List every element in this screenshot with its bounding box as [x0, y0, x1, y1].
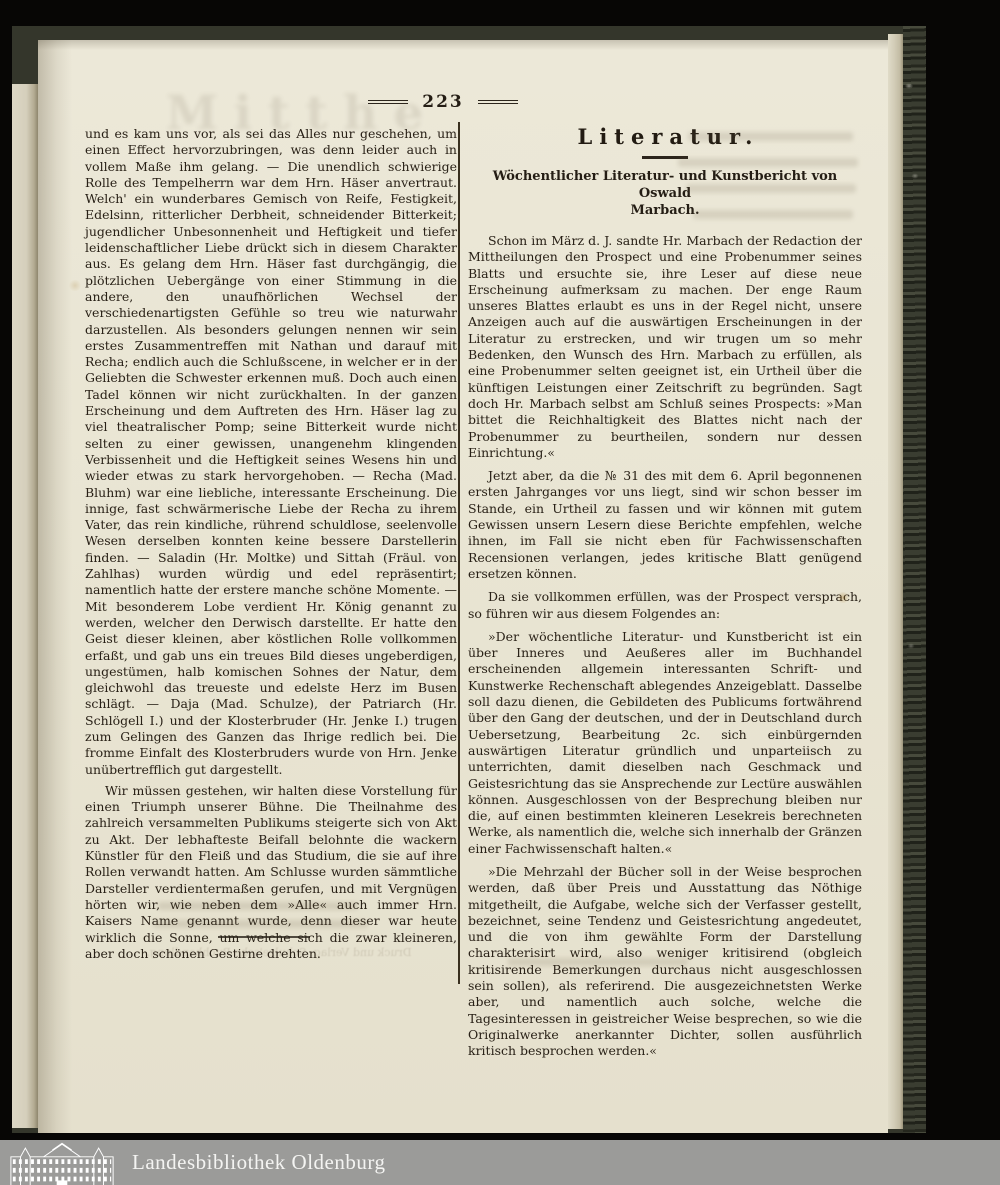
- foxing-stain: [68, 280, 82, 291]
- show-through-imprint: Druck und Verlag: Schulze'sche Buchhandl…: [134, 946, 424, 959]
- page: Mitthe 223 und es kam uns vor, als sei d…: [38, 40, 888, 1133]
- book-scan: Mitthe 223 und es kam uns vor, als sei d…: [12, 26, 926, 1133]
- show-through-smudge: [153, 920, 368, 928]
- folio-rule-left: [368, 100, 408, 104]
- right-column: Literatur. Wöchentlicher Literatur- und …: [468, 124, 862, 1067]
- show-through-smudge: [686, 184, 856, 193]
- show-through-smudge: [678, 158, 858, 167]
- show-through-smudge: [693, 210, 853, 219]
- left-column: und es kam uns vor, als sei das Alles nu…: [85, 126, 457, 967]
- foxing-stain: [836, 592, 850, 603]
- library-building-icon: [8, 1142, 116, 1185]
- previous-page-edge: [12, 84, 38, 1128]
- page-edges-strip: [888, 34, 903, 1129]
- show-through-smudge: [158, 902, 358, 910]
- show-through-smudge: [688, 132, 853, 141]
- book-cover-edge: [903, 26, 926, 1133]
- page-header: 223: [38, 92, 848, 112]
- show-through-smudge: [508, 958, 688, 966]
- page-number: 223: [422, 92, 464, 112]
- paragraph: und es kam uns vor, als sei das Alles nu…: [85, 126, 457, 778]
- paragraph: Da sie vollkommen erfüllen, was der Pros…: [468, 589, 862, 622]
- paragraph: »Der wöchentliche Literatur- und Kunstbe…: [468, 629, 862, 857]
- paragraph: Jetzt aber, da die № 31 des mit dem 6. A…: [468, 468, 862, 582]
- footer-bar: Landesbibliothek Oldenburg: [0, 1140, 1000, 1185]
- column-divider-rule: [458, 122, 460, 984]
- paragraph: Schon im März d. J. sandte Hr. Marbach d…: [468, 233, 862, 461]
- library-name: Landesbibliothek Oldenburg: [132, 1140, 386, 1185]
- closing-rule: [218, 936, 310, 938]
- folio-rule-right: [478, 100, 518, 104]
